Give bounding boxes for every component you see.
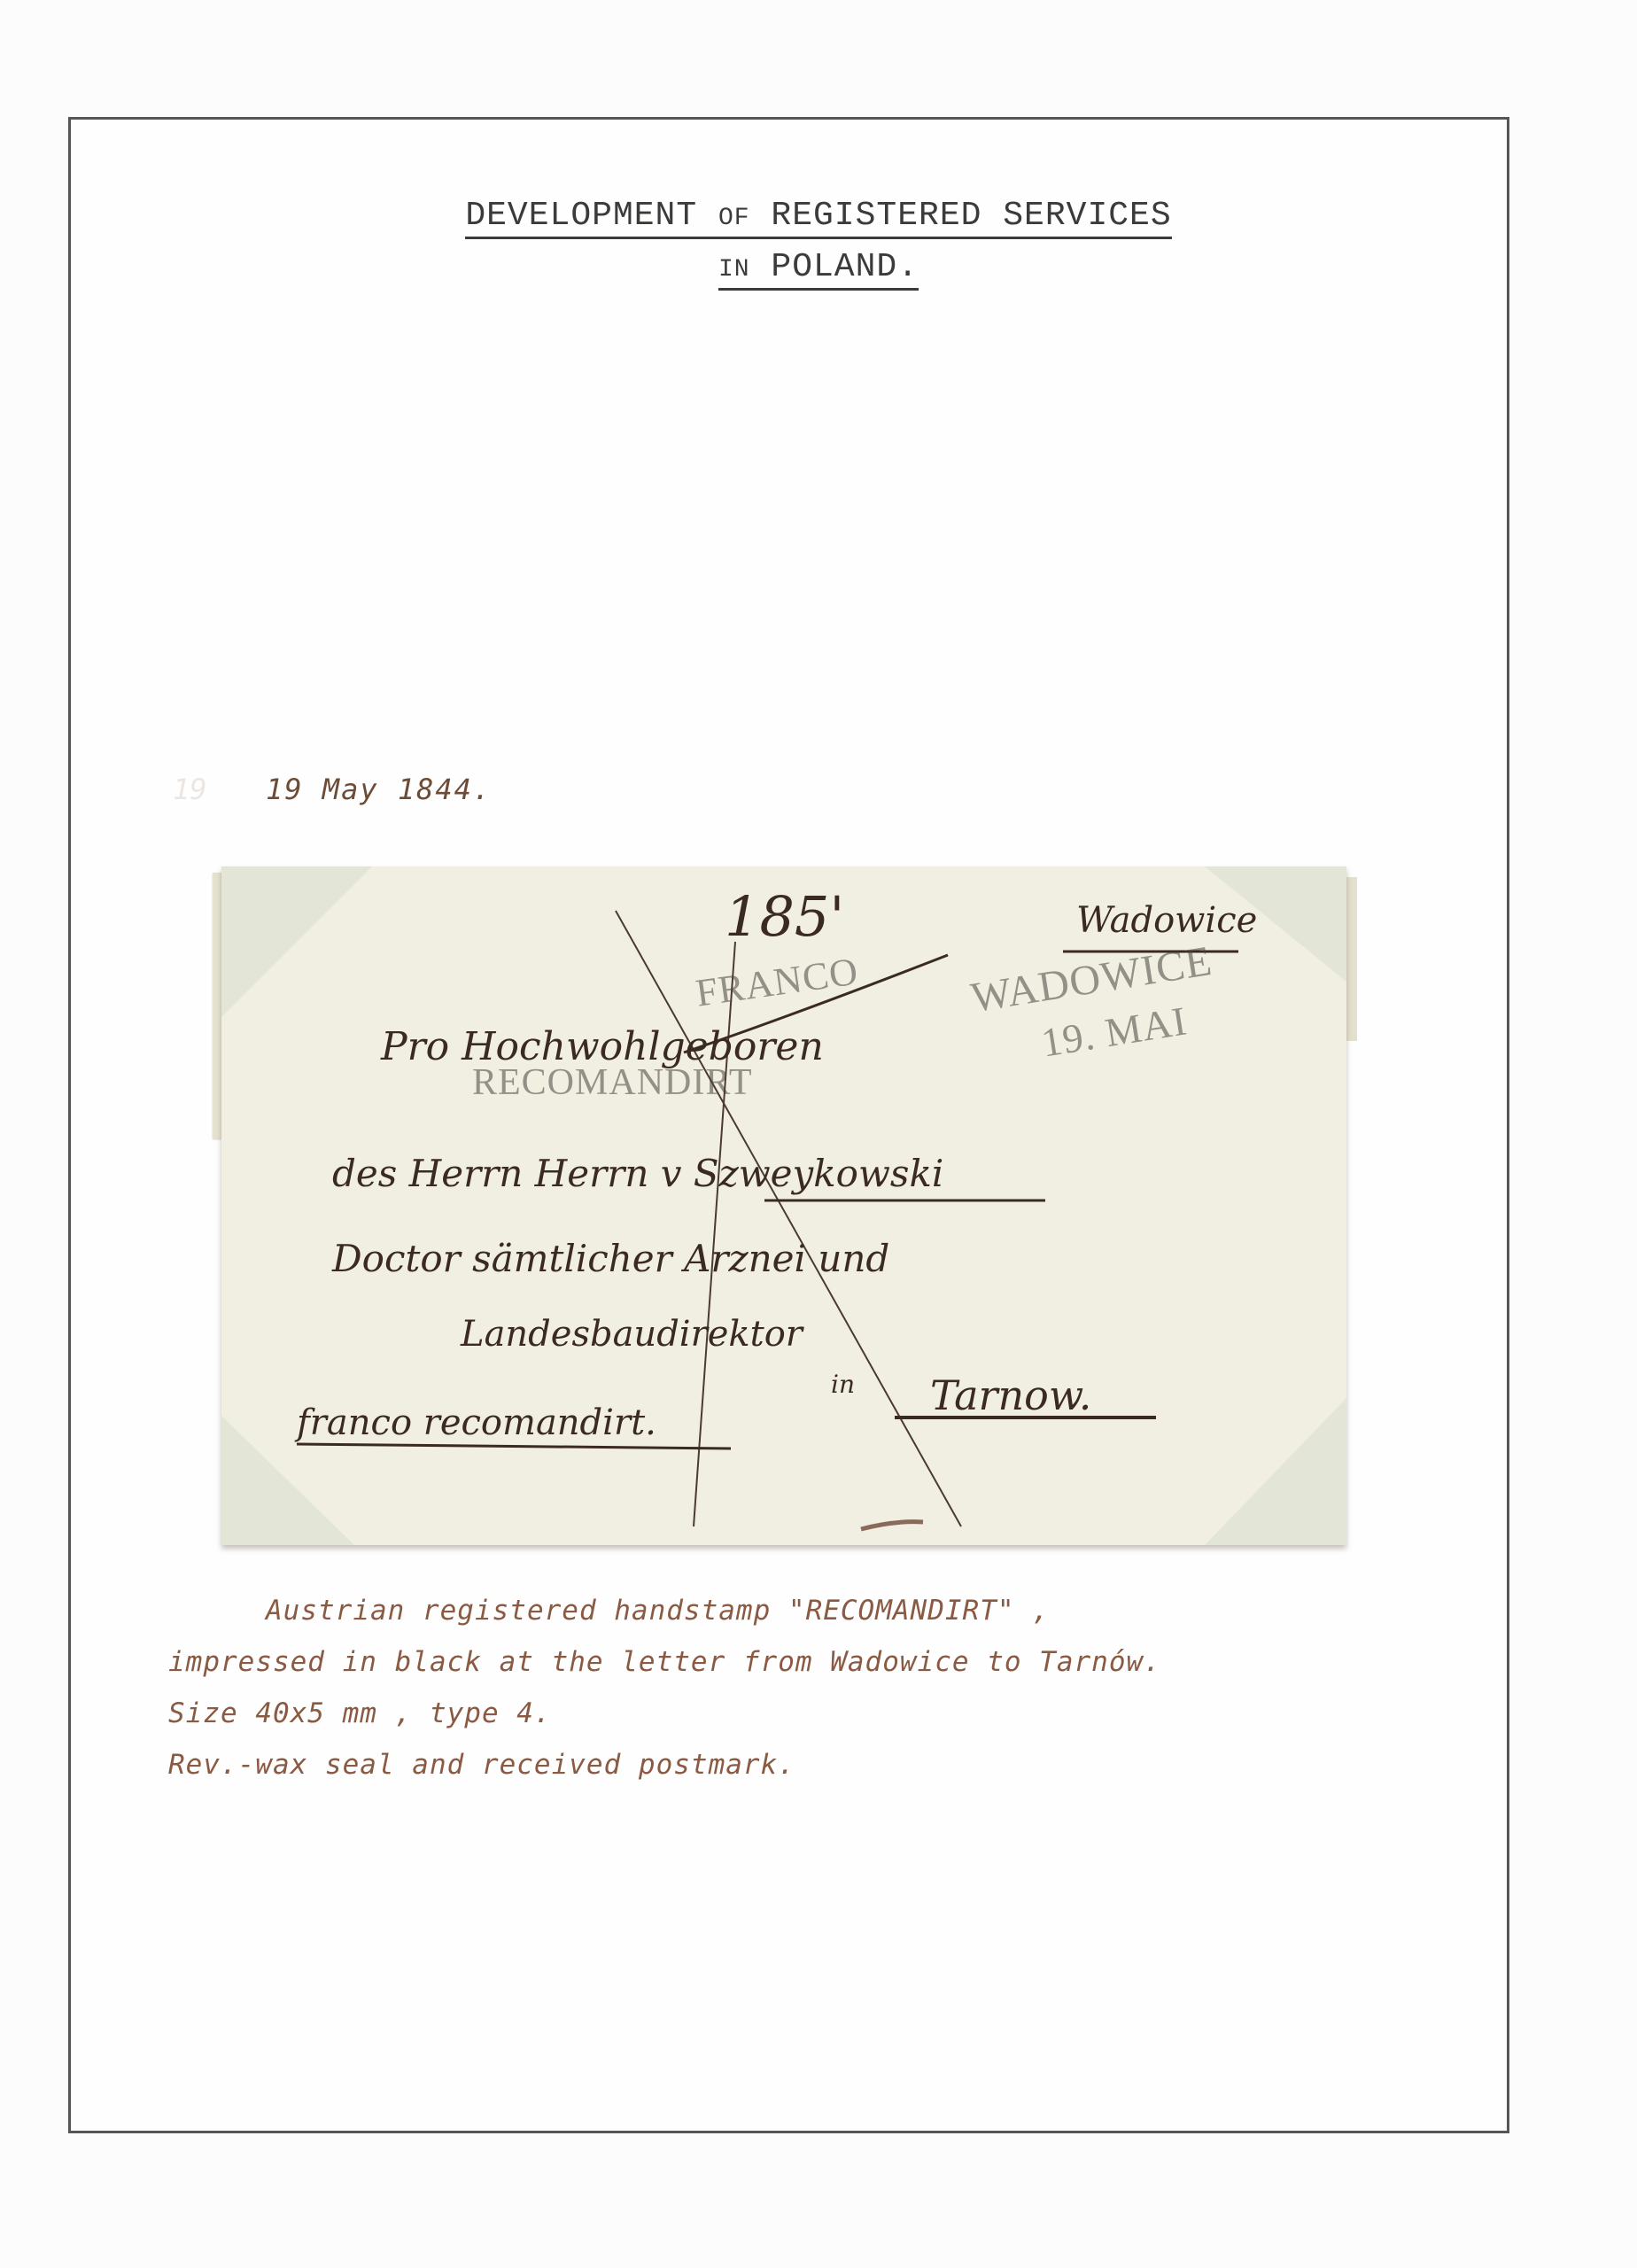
caption-line-4: Rev.-wax seal and received postmark. (168, 1749, 795, 1781)
title-word-in: IN (718, 256, 750, 283)
origin-manuscript: Wadowice (1076, 900, 1257, 941)
address-line-2: des Herrn Herrn v Szweykowski (332, 1152, 943, 1195)
title-word-development: DEVELOPMENT (465, 197, 697, 235)
title-word-poland: POLAND. (771, 248, 919, 286)
title-words-registered-services: REGISTERED SERVICES (771, 197, 1171, 235)
title-word-of: OF (718, 205, 750, 232)
page-title-line-2: IN POLAND. (0, 248, 1637, 286)
exhibit-date: 19 May 1844. (266, 773, 492, 806)
caption-line-3: Size 40x5 mm , type 4. (168, 1697, 552, 1729)
letter-right-flap (1346, 877, 1357, 1041)
address-prefix-in: in (831, 1370, 855, 1399)
franco-recomandirt-endorsement: franco recomandirt. (297, 1402, 656, 1443)
rate-marking: 185' (725, 884, 844, 949)
address-line-1: Pro Hochwohlgeboren (381, 1024, 824, 1069)
destination-tarnow: Tarnow. (930, 1371, 1091, 1419)
caption-line-2: impressed in black at the letter from Wa… (168, 1646, 1161, 1678)
page-title-line-1: DEVELOPMENT OF REGISTERED SERVICES (0, 197, 1637, 235)
address-line-4: Landesbaudirektor (461, 1314, 803, 1355)
folded-letter-cover: 185' FRANCO Wadowice WADOWICE 19. MAI RE… (221, 866, 1346, 1545)
address-line-3: Doctor sämtlicher Arznei und (332, 1237, 889, 1280)
erased-text-ghost: 19 (173, 773, 207, 806)
caption-line-1: Austrian registered handstamp "RECOMANDI… (266, 1595, 1050, 1627)
